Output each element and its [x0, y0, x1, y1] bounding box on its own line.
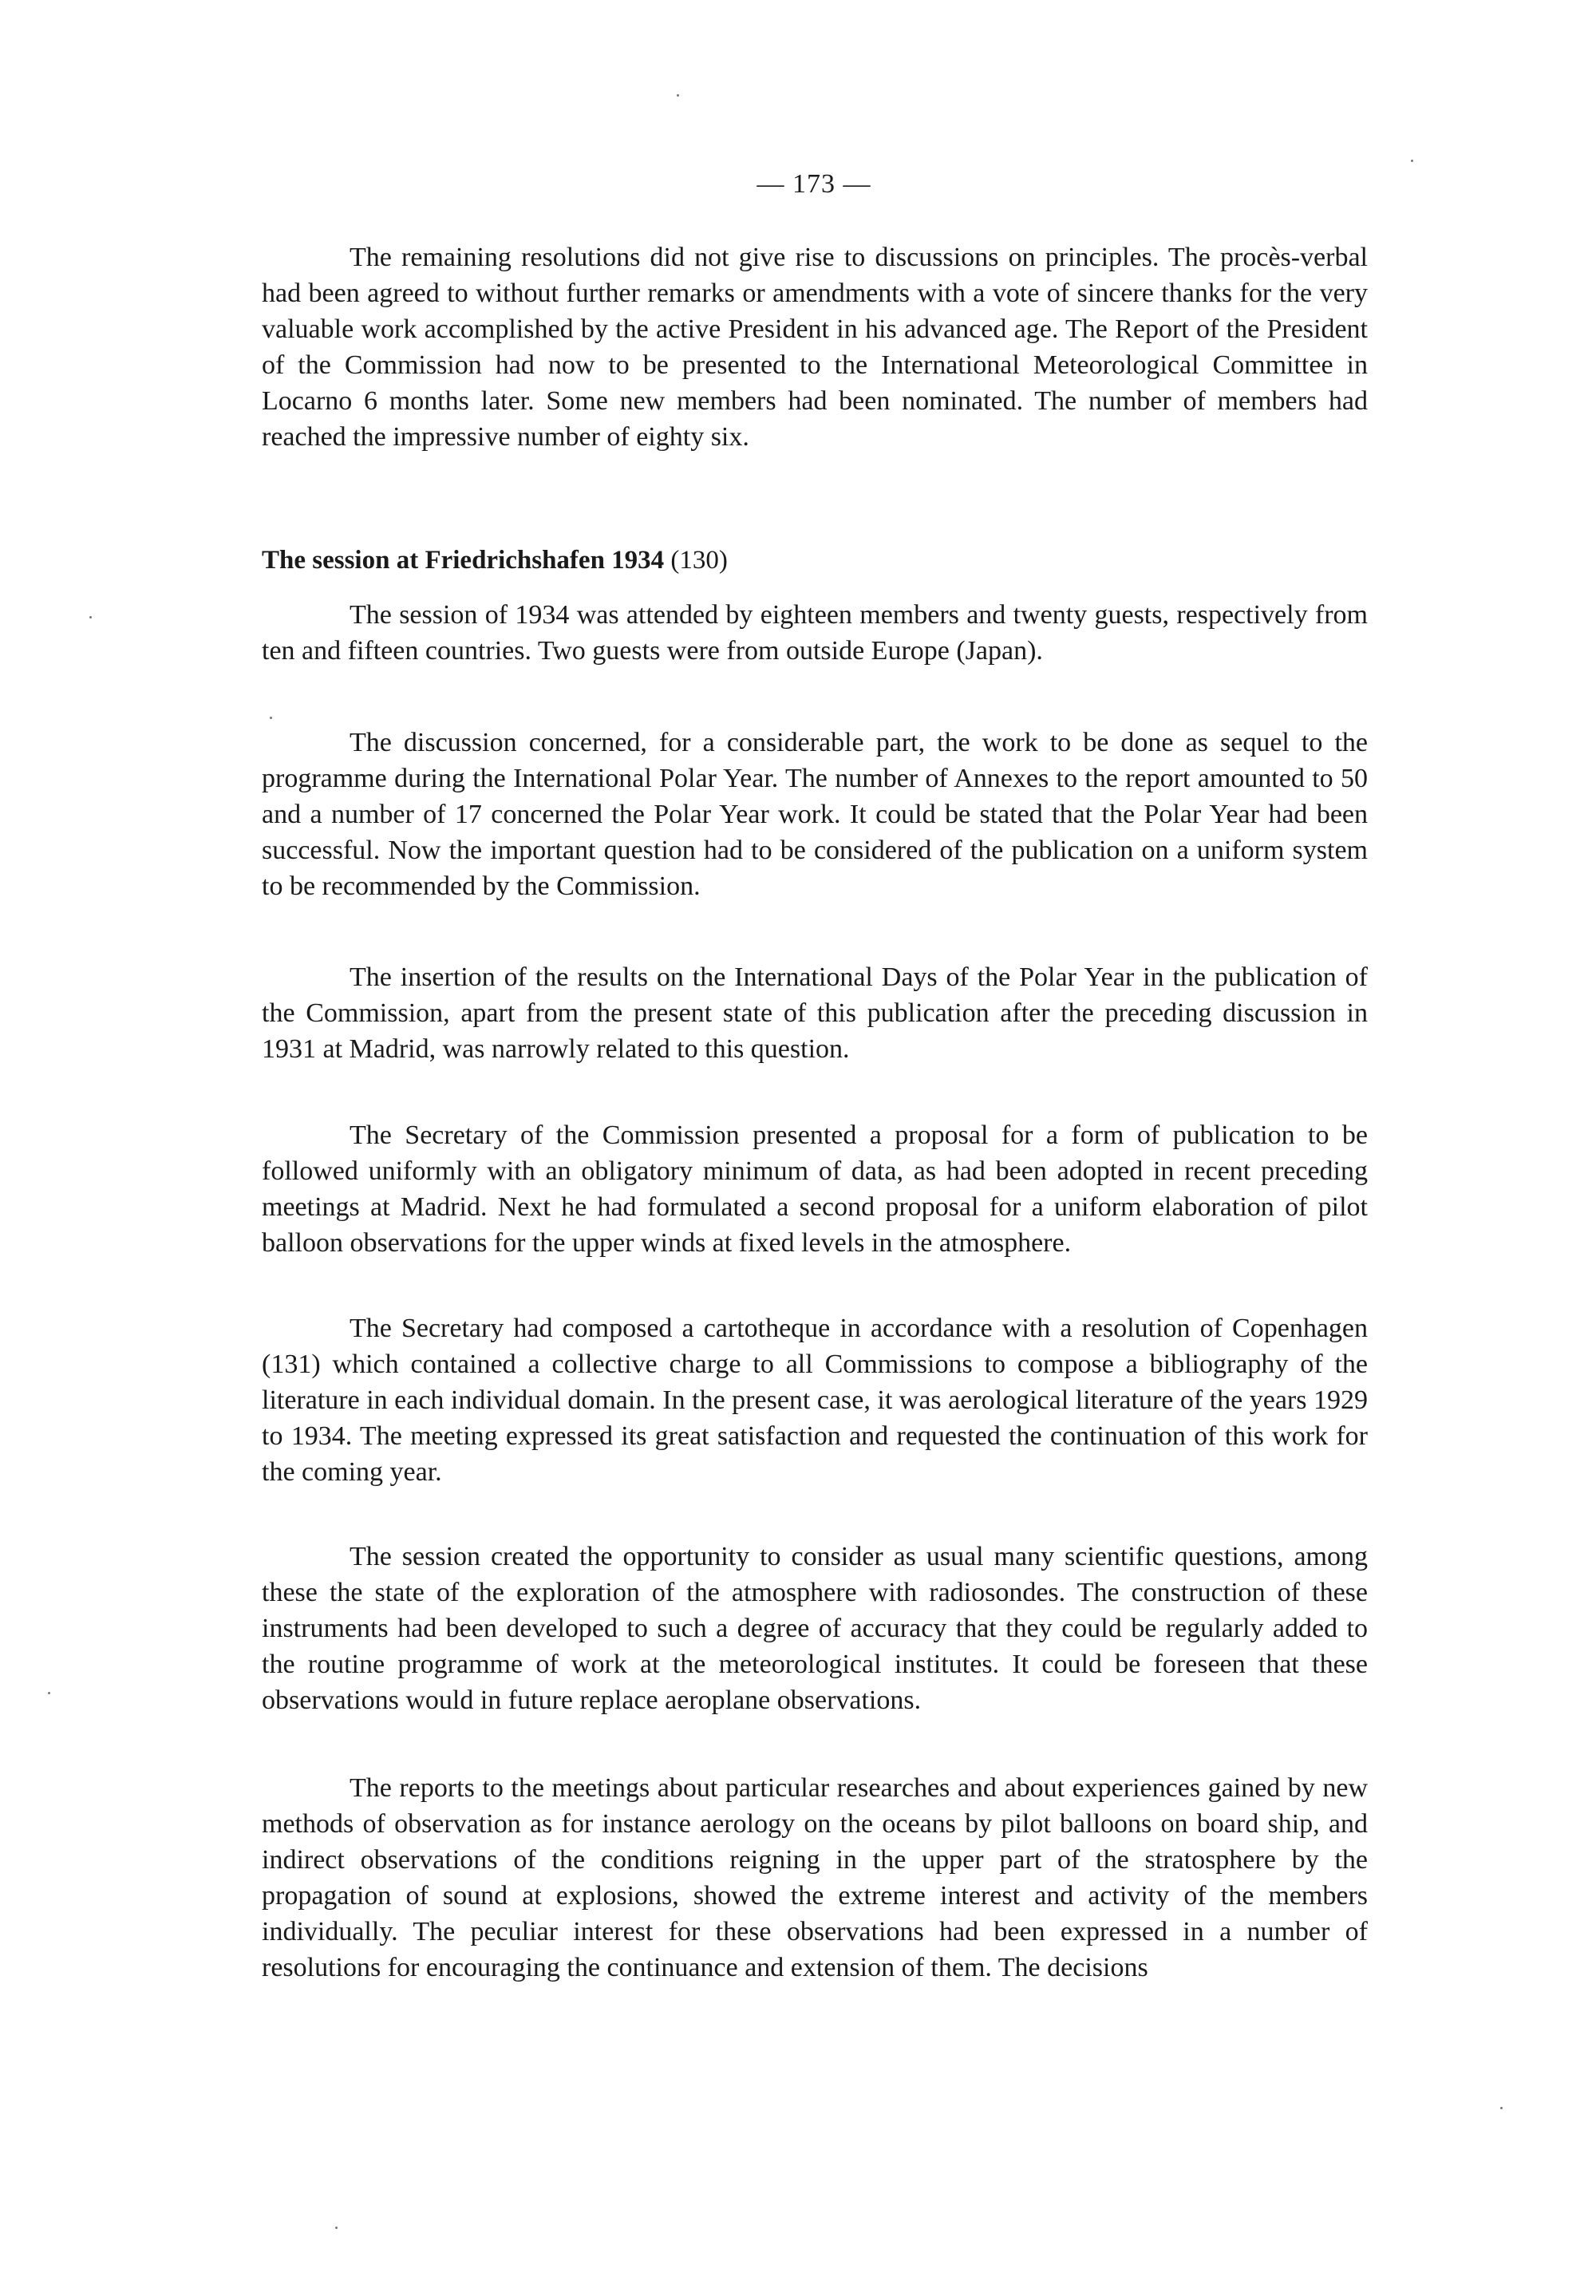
scan-speck — [677, 94, 679, 97]
paragraph-secretary-proposal: The Secretary of the Commission presente… — [262, 1117, 1368, 1261]
intro-paragraph: The remaining resolutions did not give r… — [262, 239, 1368, 455]
paragraph-insertion: The insertion of the results on the Inte… — [262, 959, 1368, 1067]
scan-speck — [48, 1692, 50, 1694]
paragraph-radiosondes: The session created the opportunity to c… — [262, 1539, 1368, 1718]
paragraph-discussion: The discussion concerned, for a consider… — [262, 725, 1368, 904]
paragraph-cartotheque: The Secretary had composed a cartotheque… — [262, 1310, 1368, 1490]
section-heading-title: The session at Friedrichshafen 1934 — [262, 546, 664, 575]
scan-speck — [1500, 2107, 1503, 2109]
paragraph-attendance: The session of 1934 was attended by eigh… — [262, 597, 1368, 669]
scan-speck — [89, 616, 92, 618]
scan-speck — [1411, 160, 1413, 162]
paragraph-reports: The reports to the meetings about partic… — [262, 1770, 1368, 1986]
scan-speck — [270, 717, 272, 719]
section-heading-reference: (130) — [670, 546, 727, 575]
page-number: — 173 — — [0, 169, 1596, 200]
scan-speck — [335, 2227, 338, 2229]
section-heading: The session at Friedrichshafen 1934 (130… — [262, 543, 728, 579]
